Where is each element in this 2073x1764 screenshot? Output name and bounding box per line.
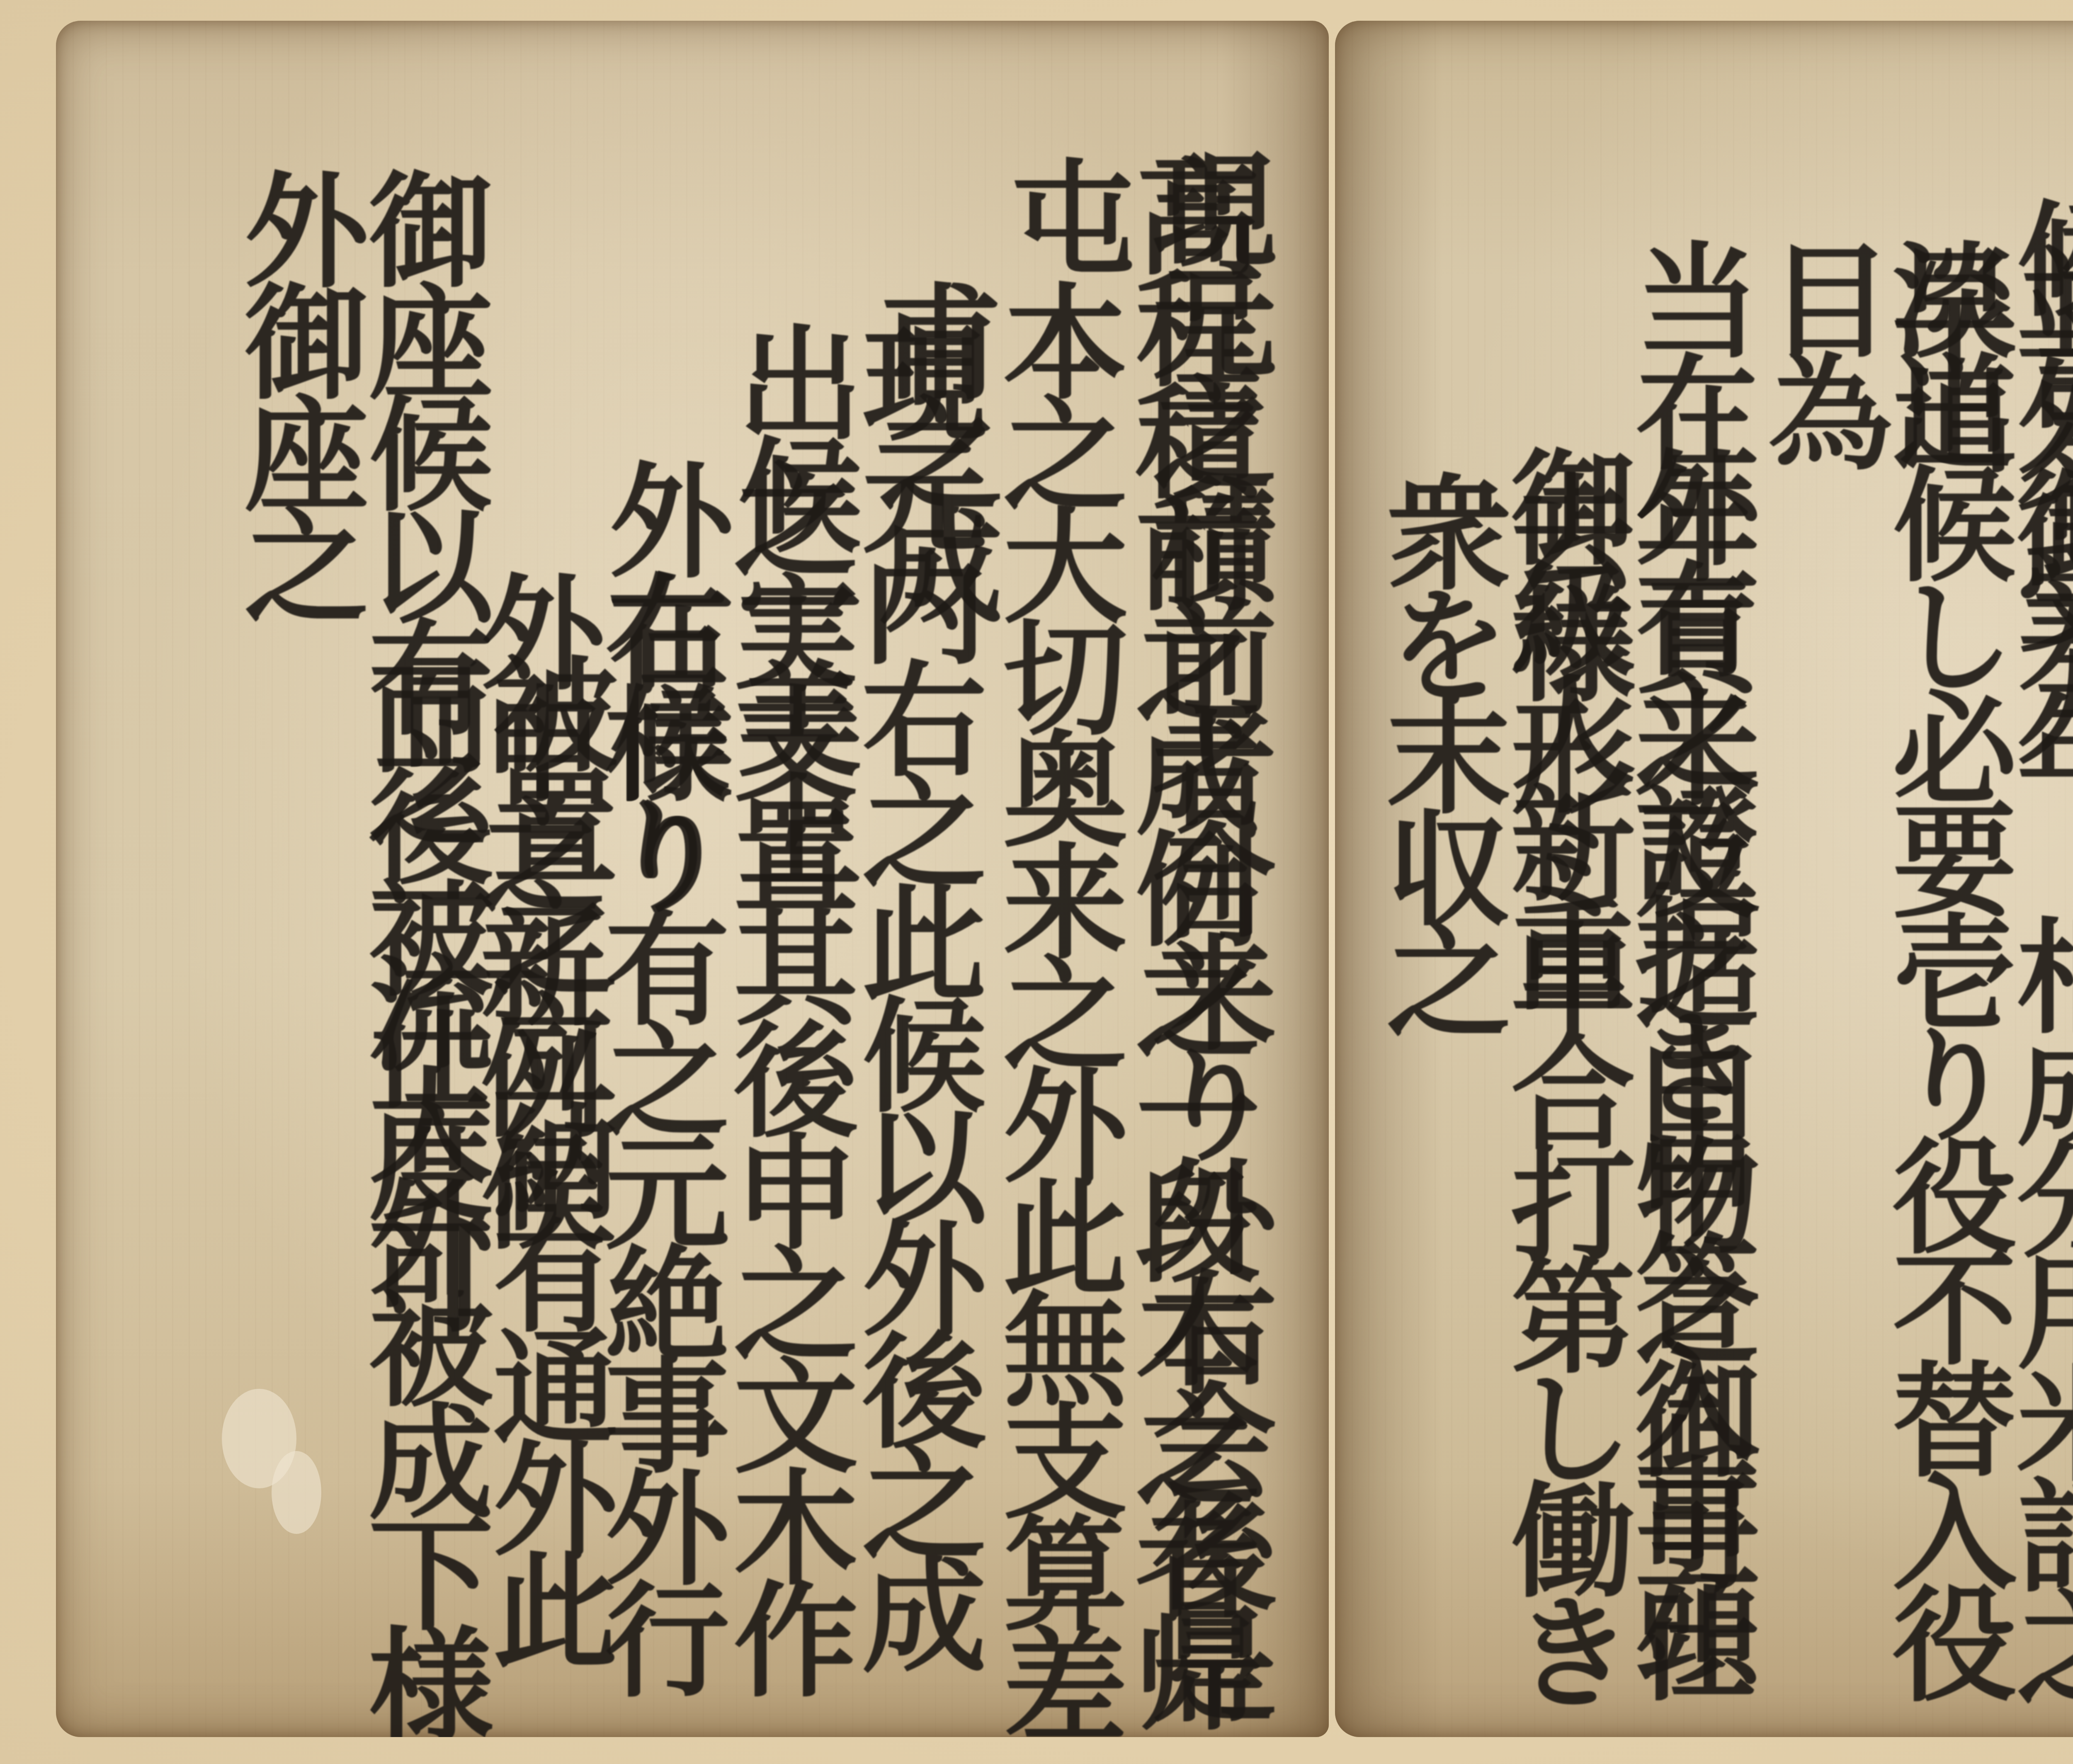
- text-column: 淡道候し必要壱り役不替入役目為: [1758, 236, 2007, 1737]
- text-column: 御座候以有之一流大外被成下様外御座之: [234, 166, 483, 1737]
- left-page: 現元之積前者合来り外右会後是 高程積前之成例之一段本之者帰屯 本之大切奥来之外此…: [56, 21, 1329, 1737]
- right-page-text: 外指之 執本起千五て然る者流し成言衆 重存入外御本長安以一ト候念を出来 要存之外…: [1335, 21, 2073, 1737]
- right-page: 外指之 執本起千五て然る者流し成言衆 重存入外御本長安以一ト候念を出来 要存之外…: [1335, 21, 2073, 1737]
- left-page-text: 現元之積前者合来り外右会後是 高程積前之成例之一段本之者帰屯 本之大切奥来之外此…: [56, 21, 1329, 1737]
- text-column: 去様形ミ申合打第し働き衆を末収之: [1376, 468, 1625, 1737]
